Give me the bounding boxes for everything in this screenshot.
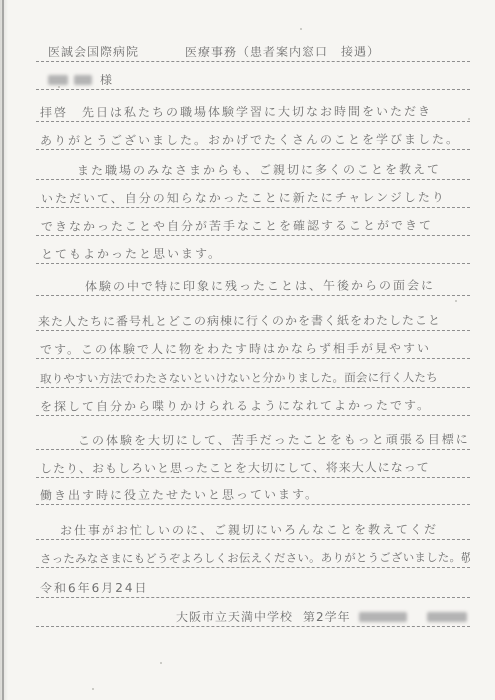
handwritten-text: 働き出す時に役立たせたいと思っています。 (40, 488, 319, 502)
date-row: 令和6年6月24日 (36, 568, 470, 598)
scanned-letter-page: { "page": { "colors": { "paper": "#f6f5f… (0, 0, 495, 700)
redacted-recipient-givenname (74, 75, 92, 85)
handwritten-text: この体験を大切にして、苦手だったことをもっと頑張る目標に (78, 433, 470, 448)
redacted-recipient-surname (48, 75, 68, 85)
recipient-honorific: 様 (100, 74, 114, 87)
letter-line: を探して自分から喋りかけられるようになれてよかったです。 (36, 388, 470, 416)
letter-line: とてもよかったと思います。 (36, 236, 470, 264)
header-row: 医誠会国際病院 医療事務（患者案内窓口 接遇） (36, 0, 470, 62)
grade-label: 第2学年 (303, 611, 351, 624)
scan-speck (160, 662, 162, 664)
letter-line: したり、おもしろいと思ったことを大切にして、将来大人になって (36, 450, 470, 478)
letter-date: 令和6年6月24日 (40, 582, 149, 596)
handwritten-text: とてもよかったと思います。 (41, 247, 222, 261)
handwritten-text: を探して自分から喋りかけられるようになれてよかったです。 (40, 399, 431, 414)
letter-line: ありがとうございました。おかげでたくさんのことを学びました。 (36, 122, 470, 150)
handwritten-text: また職場のみなさまからも、ご親切に多くのことを教えて (77, 163, 441, 177)
scan-speck (92, 688, 94, 690)
letter-line: 体験の中で特に印象に残ったことは、午後からの面会に (36, 264, 470, 296)
recipient-row: 様 (36, 62, 470, 90)
signature-row: 大阪市立天満中学校 第2学年 (36, 598, 470, 627)
letter-line: できなかったことや自分が苦手なことを確認することができて (36, 208, 470, 236)
handwritten-text: です。この体験で人に物をわたす時はかならず相手が見やすい (40, 342, 431, 357)
letter-line: また職場のみなさまからも、ご親切に多くのことを教えて (36, 150, 470, 180)
handwritten-text: 取りやすい方法でわたさないといけないと分かりました。面会に行く人たち (40, 372, 438, 386)
letter-line: さったみなさまにもどうぞよろしくお伝えください。ありがとうございました。 敬具 (36, 540, 470, 568)
letter-line: 拝啓 先日は私たちの職場体験学習に大切なお時間をいただき (36, 90, 470, 122)
handwritten-text: できなかったことや自分が苦手なことを確認することができて (41, 219, 433, 234)
department-name: 医療事務（患者案内窓口 接遇） (185, 45, 380, 59)
letter-line: 来た人たちに番号札とどこの病棟に行くのかを書く紙をわたしたこと (36, 296, 470, 331)
redacted-student-surname (359, 612, 407, 622)
handwritten-text: 拝啓 先日は私たちの職場体験学習に大切なお時間をいただき (40, 105, 432, 120)
hospital-name: 医誠会国際病院 (48, 46, 139, 60)
school-name: 大阪市立天満中学校 (176, 611, 293, 625)
letter-line: いただいて、自分の知らなかったことに新たにチャレンジしたり (36, 180, 470, 208)
letter-sheet: 医誠会国際病院 医療事務（患者案内窓口 接遇） 様 拝啓 先日は私たちの職場体験… (36, 0, 470, 627)
letter-line: です。この体験で人に物をわたす時はかならず相手が見やすい (36, 331, 470, 359)
handwritten-text: 体験の中で特に印象に残ったことは、午後からの面会に (85, 279, 435, 293)
handwritten-text: したり、おもしろいと思ったことを大切にして、将来大人になって (40, 461, 430, 476)
handwritten-text: お仕事がお忙しいのに、ご親切にいろんなことを教えてくだ (60, 523, 438, 538)
letter-line: 働き出す時に役立たせたいと思っています。 (36, 478, 470, 505)
letter-line: お仕事がお忙しいのに、ご親切にいろんなことを教えてくだ (36, 505, 470, 540)
handwritten-text: 来た人たちに番号札とどこの病棟に行くのかを書く紙をわたしたこと (38, 314, 441, 329)
closing-word: 敬具 (461, 552, 470, 565)
handwritten-text: ありがとうございました。おかげでたくさんのことを学びました。 (40, 133, 460, 148)
letter-line: 取りやすい方法でわたさないといけないと分かりました。面会に行く人たち (36, 359, 470, 388)
handwritten-text: いただいて、自分の知らなかったことに新たにチャレンジしたり (41, 191, 446, 206)
letter-line: この体験を大切にして、苦手だったことをもっと頑張る目標に (36, 416, 470, 450)
scan-edge-line (2, 0, 4, 700)
handwritten-text: さったみなさまにもどうぞよろしくお伝えください。ありがとうございました。 (40, 552, 461, 566)
redacted-student-givenname (427, 612, 467, 622)
